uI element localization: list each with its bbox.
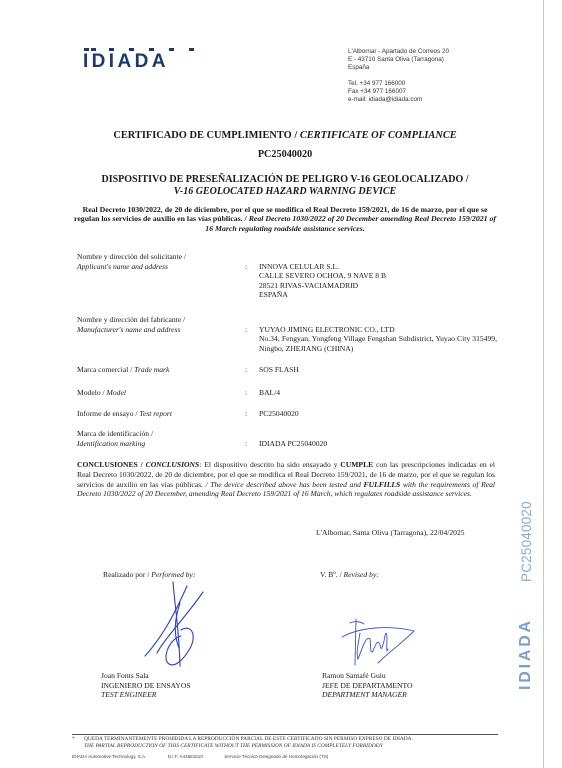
manufacturer-value: YUYAO JIMING ELECTRONIC CO., LTD No.34, … xyxy=(259,325,497,354)
address-line: L'Albornar - Apartado de Correos 20 xyxy=(348,48,449,56)
reviser-name: Ramon Santafé Guiu xyxy=(322,671,413,681)
certificate-number: PC25040020 xyxy=(60,149,510,160)
idiada-logo: IDIADA xyxy=(83,48,195,72)
revised-by-label: V. Bº. / Revised by: xyxy=(320,570,379,579)
fax: Fax +34 977 166007 xyxy=(348,88,449,96)
applicant-value: INNOVA CELULAR S.L. CALLE SEVERO OCHOA, … xyxy=(259,262,497,300)
performed-by-block: Joan Fonts Sala INGENIERO DE ENSAYOS TES… xyxy=(101,671,191,700)
decree-reference: Real Decreto 1030/2022, de 20 de diciemb… xyxy=(60,205,510,233)
email: e-mail: idiada@idiada.com xyxy=(348,96,449,104)
address-line: España xyxy=(348,64,449,72)
footer-divider xyxy=(72,734,498,735)
company-legal-info: IDIADA Automotive Technology, S.A. N.I.F… xyxy=(72,754,348,759)
company-name: IDIADA Automotive Technology, S.A. xyxy=(72,754,146,759)
logo-text: IDIADA xyxy=(83,52,169,72)
certificate-page: IDIADA L'Albornar - Apartado de Correos … xyxy=(0,0,543,768)
revised-by-block: Ramon Santafé Guiu JEFE DE DEPARTAMENTO … xyxy=(322,671,413,700)
reviser-role-en: DEPARTMENT MANAGER xyxy=(322,690,407,699)
company-address: L'Albornar - Apartado de Correos 20 E - … xyxy=(348,48,449,105)
performed-signature xyxy=(135,578,225,673)
performer-role-es: INGENIERO DE ENSAYOS xyxy=(101,681,191,691)
performer-name: Joan Fonts Sala xyxy=(101,671,191,681)
reviser-role-es: JEFE DE DEPARTAMENTO xyxy=(322,681,413,691)
side-certificate-number: PC25040020 xyxy=(519,501,534,582)
device-title: DISPOSITIVO DE PRESEÑALIZACIÓN DE PELIGR… xyxy=(60,174,510,197)
side-idiada-logo: IDIADA xyxy=(517,618,535,690)
revised-signature xyxy=(340,615,420,670)
phone: Tel. +34 977 166000 xyxy=(348,80,449,88)
performer-role-en: TEST ENGINEER xyxy=(101,690,156,699)
page-edge-divider xyxy=(543,0,544,768)
place-and-date: L'Albornar, Santa Oliva (Tarragona), 22/… xyxy=(316,528,465,537)
company-nif: N.I.F. A43581610 xyxy=(168,754,203,759)
address-line: E - 43710 Santa Oliva (Tarragona) xyxy=(348,56,449,64)
technical-service: Servicio Técnico Designado de Homologaci… xyxy=(224,754,328,759)
certificate-title: CERTIFICADO DE CUMPLIMIENTO / CERTIFICAT… xyxy=(60,130,510,141)
conclusions: CONCLUSIONES / CONCLUSIONS: El dispositi… xyxy=(77,460,495,499)
